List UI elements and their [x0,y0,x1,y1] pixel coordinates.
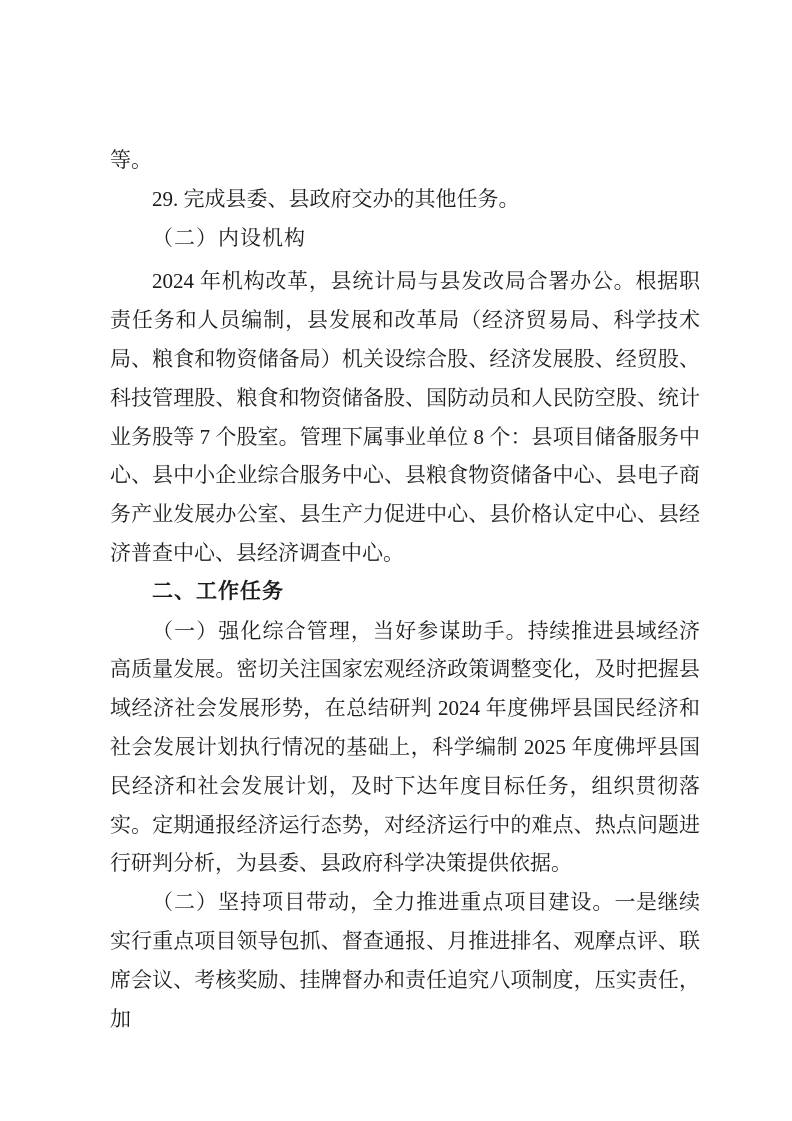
paragraph-task-comprehensive-management: （一）强化综合管理，当好参谋助手。持续推进县域经济高质量发展。密切关注国家宏观经… [110,612,700,884]
list-item-29: 29. 完成县委、县政府交办的其他任务。 [110,180,700,219]
document-page: 等。 29. 完成县委、县政府交办的其他任务。 （二）内设机构 2024 年机构… [0,0,792,1121]
heading-work-tasks: 二、工作任务 [110,573,700,612]
paragraph-task-key-projects: （二）坚持项目带动，全力推进重点项目建设。一是继续实行重点项目领导包抓、督查通报… [110,883,700,1038]
task-2-lead: （二）坚持项目带动，全力推进重点项目建设。 [152,890,614,914]
heading-internal-org: （二）内设机构 [110,219,700,258]
task-1-lead: （一）强化综合管理，当好参谋助手。 [152,619,528,643]
paragraph-org-structure: 2024 年机构改革，县统计局与县发改局合署办公。根据职责任务和人员编制，县发展… [110,262,700,572]
task-1-body: 持续推进县域经济高质量发展。密切关注国家宏观经济政策调整变化，及时把握县域经济社… [110,619,700,876]
continuation-text: 等。 [110,141,700,180]
